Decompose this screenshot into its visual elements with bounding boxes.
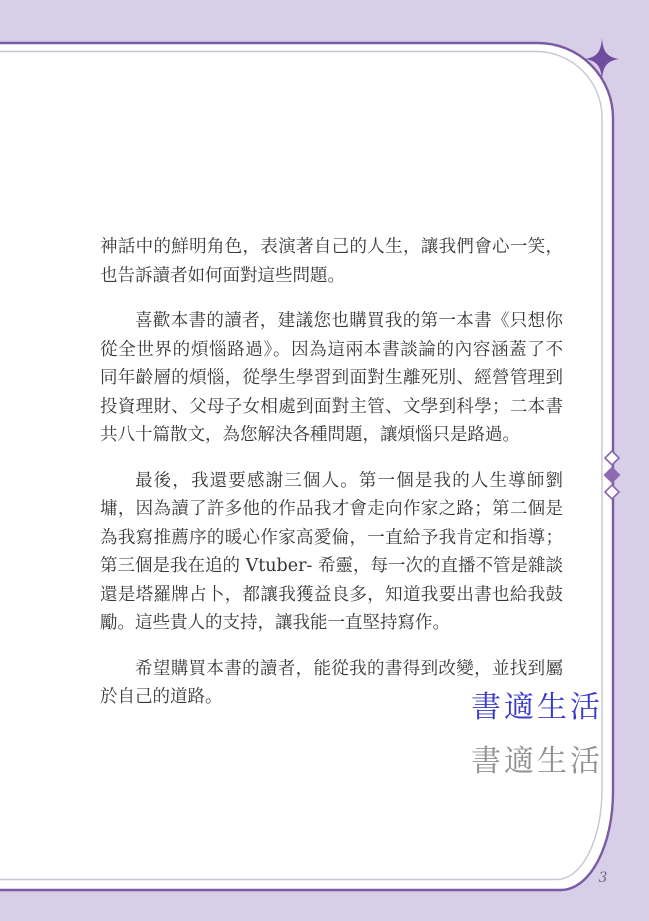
page-number: 3 xyxy=(592,870,614,886)
watermark-primary: 書適生活 xyxy=(471,691,603,724)
body-text: 神話中的鮮明角色，表演著自己的人生，讓我們會心一笑，也告訴讀者如何面對這些問題。… xyxy=(100,233,563,729)
book-page: 神話中的鮮明角色，表演著自己的人生，讓我們會心一笑，也告訴讀者如何面對這些問題。… xyxy=(0,0,649,921)
watermark-secondary: 書適生活 xyxy=(471,745,603,778)
paragraph-3: 最後，我還要感謝三個人。第一個是我的人生導師劉墉，因為讀了許多他的作品我才會走向… xyxy=(100,467,563,638)
paragraph-1: 神話中的鮮明角色，表演著自己的人生，讓我們會心一笑，也告訴讀者如何面對這些問題。 xyxy=(100,233,563,290)
paragraph-2: 喜歡本書的讀者，建議您也購買我的第一本書《只想你從全世界的煩惱路過》。因為這兩本… xyxy=(100,307,563,450)
